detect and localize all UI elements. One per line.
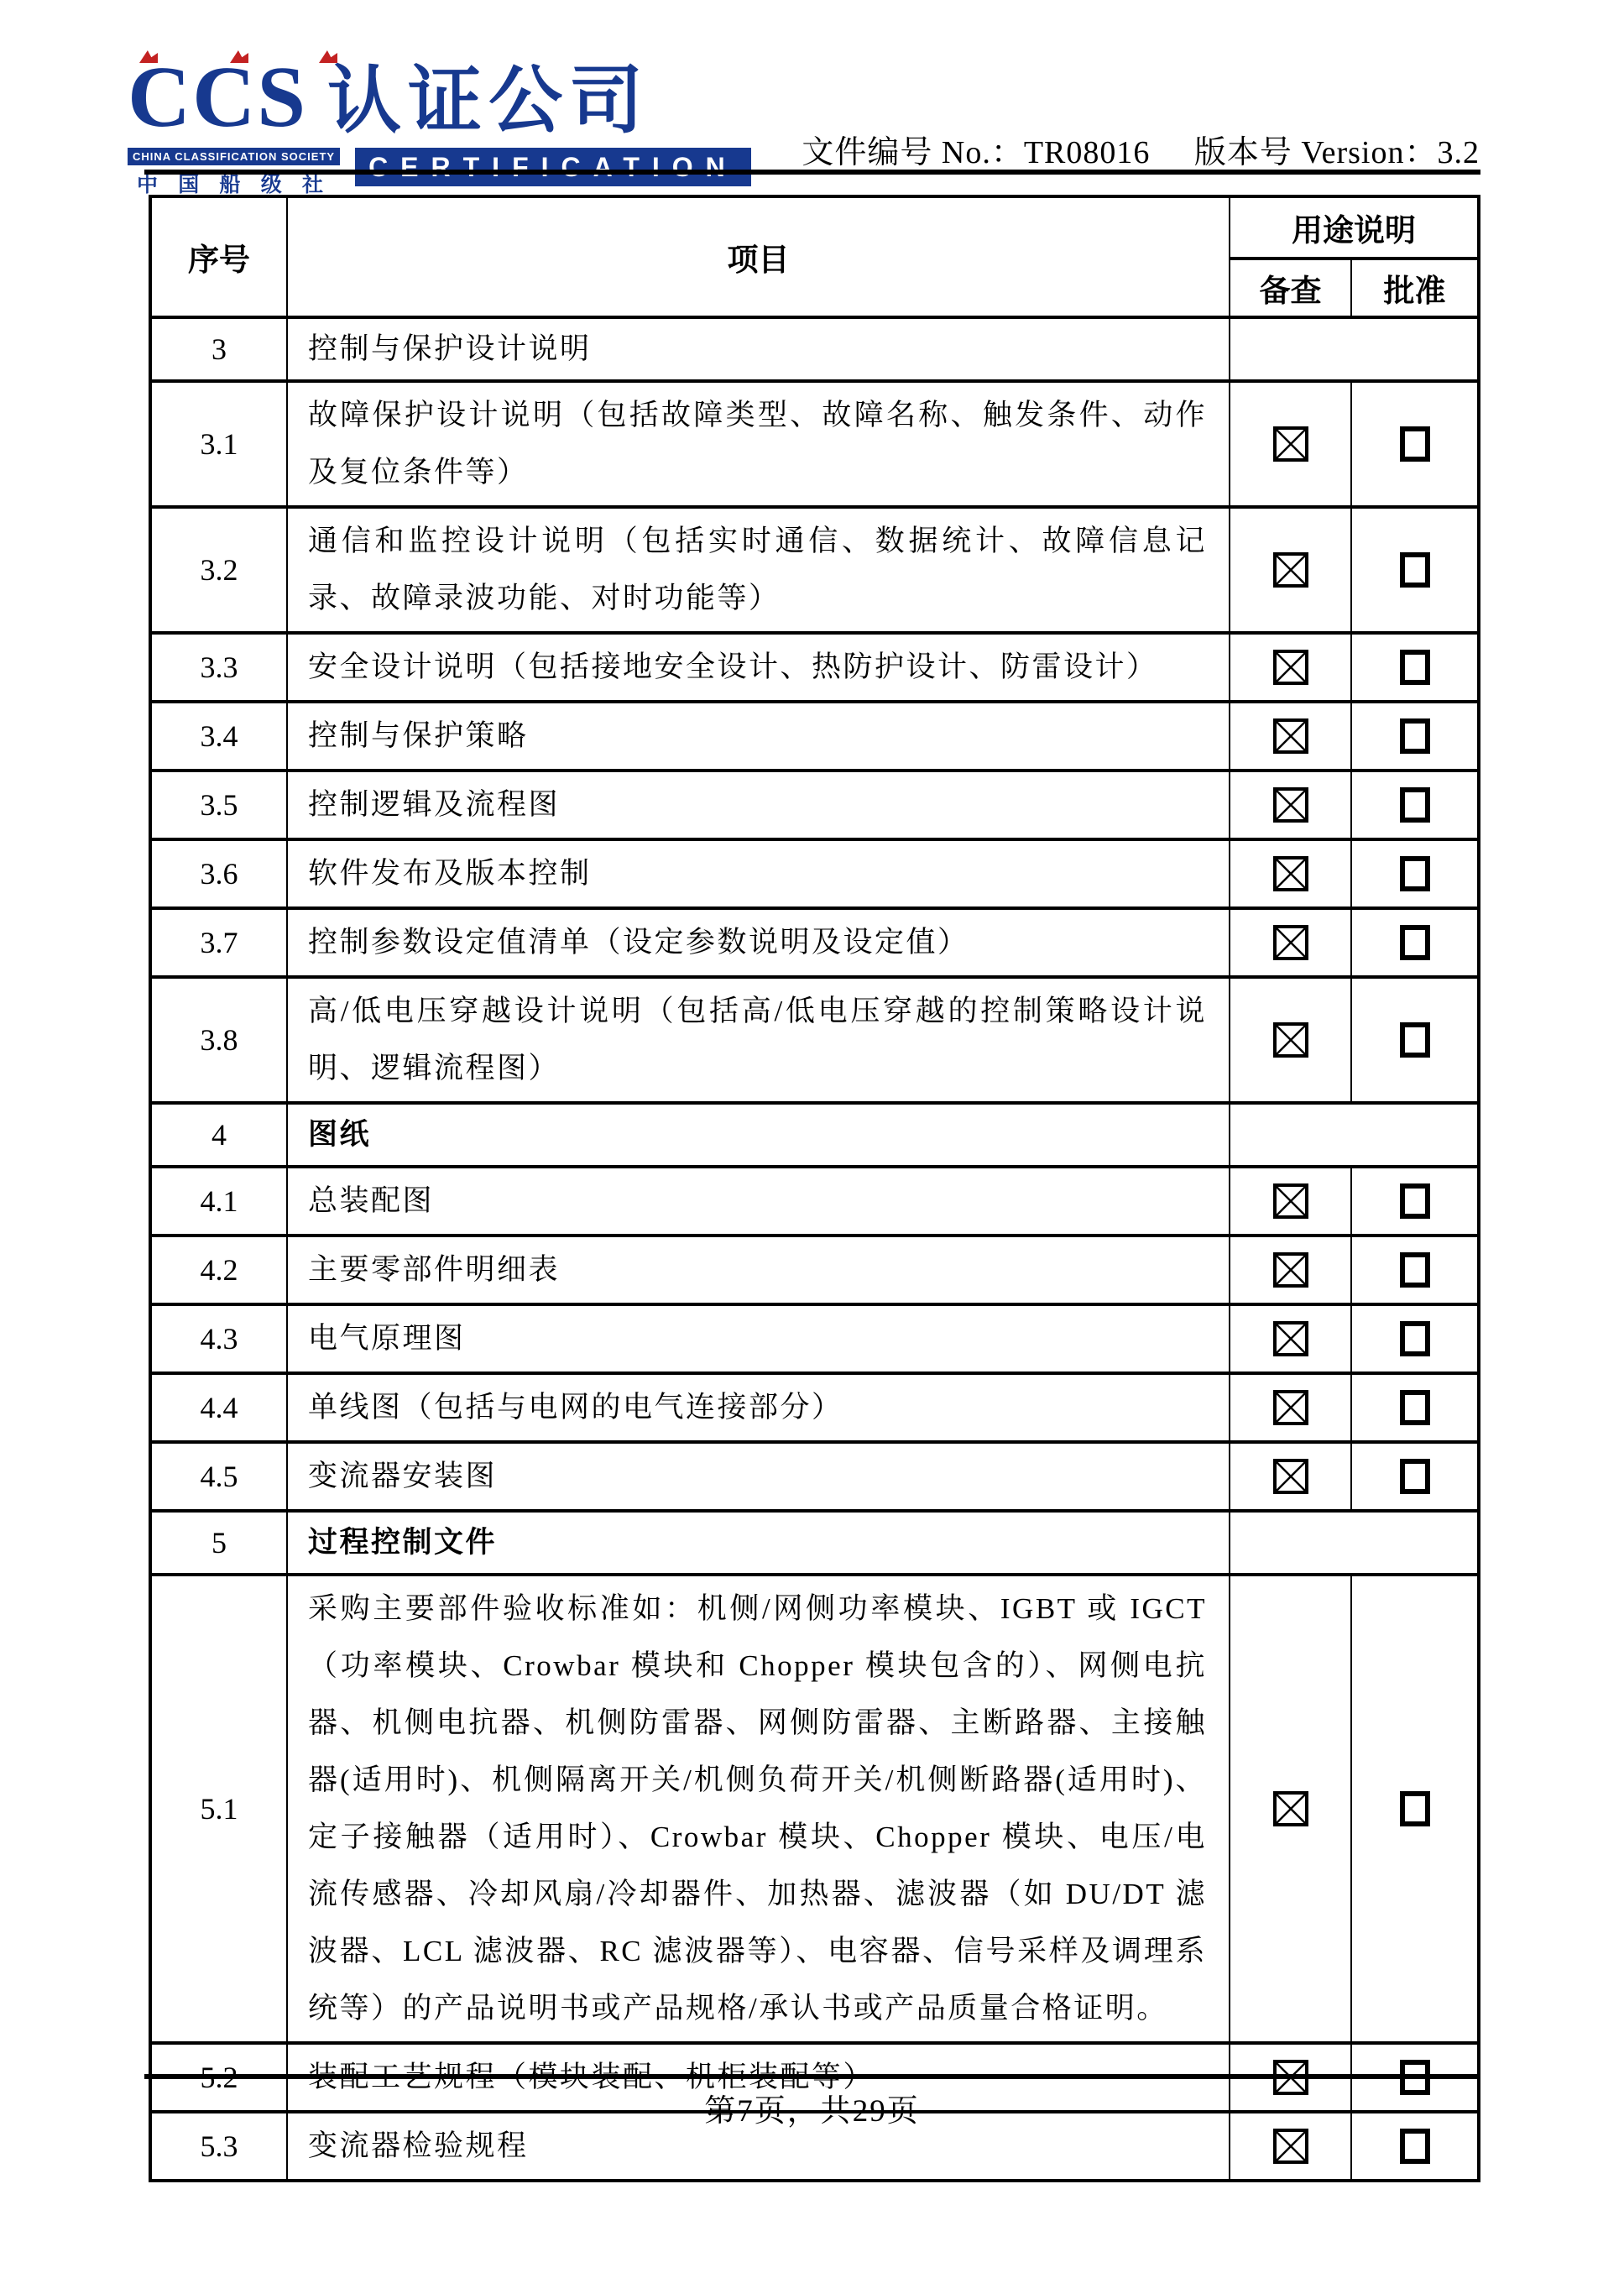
check-cell [1230,633,1351,702]
checkbox-empty-icon [1400,650,1430,685]
table-body: 3 控制与保护设计说明 3.1 故障保护设计说明（包括故障类型、故障名称、触发条… [150,317,1479,2181]
checkbox-checked-icon [1272,649,1309,686]
check-cell [1230,1304,1351,1373]
approve-cell [1351,381,1479,507]
document-version: 版本号 Version：3.2 [1194,135,1480,170]
checkbox-empty-icon [1400,856,1430,891]
check-cell [1230,1575,1351,2043]
row-item: 采购主要部件验收标准如：机侧/网侧功率模块、IGBT 或 IGCT（功率模块、C… [287,1575,1230,2043]
checkbox-empty-icon [1400,552,1430,588]
check-cell [1230,839,1351,908]
society-english-label: CHINA CLASSIFICATION SOCIETY [128,148,340,165]
row-no: 3.1 [150,381,287,507]
company-name: 认证公司 [327,65,650,139]
approve-cell [1351,1236,1479,1304]
certification-label: CERTIFICATION [355,148,751,186]
ccs-logo-letters: CCS [128,49,307,145]
col-header-no: 序号 [150,196,287,317]
row-no: 5.1 [150,1575,287,2043]
usage-empty-cell [1230,1103,1479,1167]
row-item: 软件发布及版本控制 [287,839,1230,908]
checkbox-empty-icon [1400,426,1430,462]
header-divider [144,170,1480,175]
checkbox-empty-icon [1400,1252,1430,1288]
table-row: 3.4 控制与保护策略 [150,702,1479,771]
row-no: 3.2 [150,507,287,633]
table-row: 4.3 电气原理图 [150,1304,1479,1373]
row-no: 3.3 [150,633,287,702]
checkbox-empty-icon [1400,718,1430,754]
checkbox-checked-icon [1272,1389,1309,1426]
checkbox-checked-icon [1272,1251,1309,1288]
row-item: 高/低电压穿越设计说明（包括高/低电压穿越的控制策略设计说明、逻辑流程图） [287,977,1230,1103]
checkbox-empty-icon [1400,787,1430,823]
table-row: 4 图纸 [150,1103,1479,1167]
checkbox-checked-icon [1272,1320,1309,1357]
table-row: 5 过程控制文件 [150,1511,1479,1575]
row-item: 控制逻辑及流程图 [287,771,1230,839]
approve-cell [1351,1167,1479,1236]
approve-cell [1351,1373,1479,1442]
checkbox-empty-icon [1400,1791,1430,1826]
row-no: 3.4 [150,702,287,771]
row-item: 控制参数设定值清单（设定参数说明及设定值） [287,908,1230,977]
checkbox-checked-icon [1272,786,1309,823]
approve-cell [1351,702,1479,771]
col-header-item: 项目 [287,196,1230,317]
check-cell [1230,1373,1351,1442]
table-row: 4.1 总装配图 [150,1167,1479,1236]
checkbox-empty-icon [1400,1459,1430,1494]
checkbox-empty-icon [1400,925,1430,960]
table-row: 4.2 主要零部件明细表 [150,1236,1479,1304]
approve-cell [1351,1442,1479,1511]
row-no: 5 [150,1511,287,1575]
checkbox-checked-icon [1272,718,1309,755]
row-no: 4 [150,1103,287,1167]
checkbox-checked-icon [1272,426,1309,462]
row-no: 3.6 [150,839,287,908]
approve-cell [1351,839,1479,908]
checkbox-empty-icon [1400,2129,1430,2164]
checkbox-checked-icon [1272,551,1309,588]
ccs-red-accent-icon [319,50,337,63]
check-cell [1230,908,1351,977]
check-cell [1230,702,1351,771]
check-cell [1230,1442,1351,1511]
checkbox-checked-icon [1272,924,1309,961]
document-meta: 文件编号 No.：TR08016 版本号 Version：3.2 [802,126,1480,172]
ccs-logo: CCS 认证公司 CHINA CLASSIFICATION SOCIETY 中 … [128,54,751,198]
checkbox-empty-icon [1400,1390,1430,1425]
table-row: 3.2 通信和监控设计说明（包括实时通信、数据统计、故障信息记录、故障录波功能、… [150,507,1479,633]
row-item: 变流器安装图 [287,1442,1230,1511]
col-header-usage: 用途说明 [1230,196,1479,259]
approve-cell [1351,908,1479,977]
checkbox-checked-icon [1272,1790,1309,1827]
row-no: 4.2 [150,1236,287,1304]
table-row: 4.4 单线图（包括与电网的电气连接部分） [150,1373,1479,1442]
checkbox-checked-icon [1272,1021,1309,1058]
checkbox-checked-icon [1272,1183,1309,1220]
row-no: 3.5 [150,771,287,839]
check-cell [1230,771,1351,839]
row-item: 总装配图 [287,1167,1230,1236]
check-cell [1230,381,1351,507]
row-item: 主要零部件明细表 [287,1236,1230,1304]
document-checklist-table: 序号 项目 用途说明 备查 批准 3 控制与保护设计说明 3.1 故障保护设计说… [149,195,1480,2182]
approve-cell [1351,633,1479,702]
row-no: 3.7 [150,908,287,977]
table-row: 3.7 控制参数设定值清单（设定参数说明及设定值） [150,908,1479,977]
checkbox-checked-icon [1272,1458,1309,1495]
check-cell [1230,977,1351,1103]
usage-empty-cell [1230,317,1479,381]
row-item: 故障保护设计说明（包括故障类型、故障名称、触发条件、动作及复位条件等） [287,381,1230,507]
checkbox-empty-icon [1400,1022,1430,1058]
row-no: 4.4 [150,1373,287,1442]
page-number: 第7页，共29页 [0,2085,1624,2130]
row-item: 图纸 [287,1103,1230,1167]
col-header-approve: 批准 [1351,259,1479,317]
checkbox-checked-icon [1272,2128,1309,2165]
col-header-check: 备查 [1230,259,1351,317]
table-row: 3.1 故障保护设计说明（包括故障类型、故障名称、触发条件、动作及复位条件等） [150,381,1479,507]
approve-cell [1351,977,1479,1103]
row-item: 安全设计说明（包括接地安全设计、热防护设计、防雷设计） [287,633,1230,702]
table-row: 3.5 控制逻辑及流程图 [150,771,1479,839]
table-row: 3 控制与保护设计说明 [150,317,1479,381]
document-number: 文件编号 No.：TR08016 [802,135,1150,170]
row-no: 4.5 [150,1442,287,1511]
table-row: 4.5 变流器安装图 [150,1442,1479,1511]
row-no: 3 [150,317,287,381]
approve-cell [1351,507,1479,633]
table-row: 5.1 采购主要部件验收标准如：机侧/网侧功率模块、IGBT 或 IGCT（功率… [150,1575,1479,2043]
check-cell [1230,1236,1351,1304]
row-item: 电气原理图 [287,1304,1230,1373]
table-row: 3.6 软件发布及版本控制 [150,839,1479,908]
checkbox-empty-icon [1400,1183,1430,1219]
row-item: 过程控制文件 [287,1511,1230,1575]
check-cell [1230,1167,1351,1236]
checkbox-empty-icon [1400,1321,1430,1356]
row-item: 单线图（包括与电网的电气连接部分） [287,1373,1230,1442]
approve-cell [1351,771,1479,839]
row-item: 控制与保护策略 [287,702,1230,771]
table-row: 3.8 高/低电压穿越设计说明（包括高/低电压穿越的控制策略设计说明、逻辑流程图… [150,977,1479,1103]
table-row: 3.3 安全设计说明（包括接地安全设计、热防护设计、防雷设计） [150,633,1479,702]
footer-divider [144,2074,1480,2079]
check-cell [1230,507,1351,633]
usage-empty-cell [1230,1511,1479,1575]
row-item: 通信和监控设计说明（包括实时通信、数据统计、故障信息记录、故障录波功能、对时功能… [287,507,1230,633]
checkbox-checked-icon [1272,855,1309,892]
approve-cell [1351,1575,1479,2043]
row-no: 4.3 [150,1304,287,1373]
ccs-logo-mark: CCS [128,54,307,141]
row-item: 控制与保护设计说明 [287,317,1230,381]
approve-cell [1351,1304,1479,1373]
row-no: 4.1 [150,1167,287,1236]
row-no: 3.8 [150,977,287,1103]
